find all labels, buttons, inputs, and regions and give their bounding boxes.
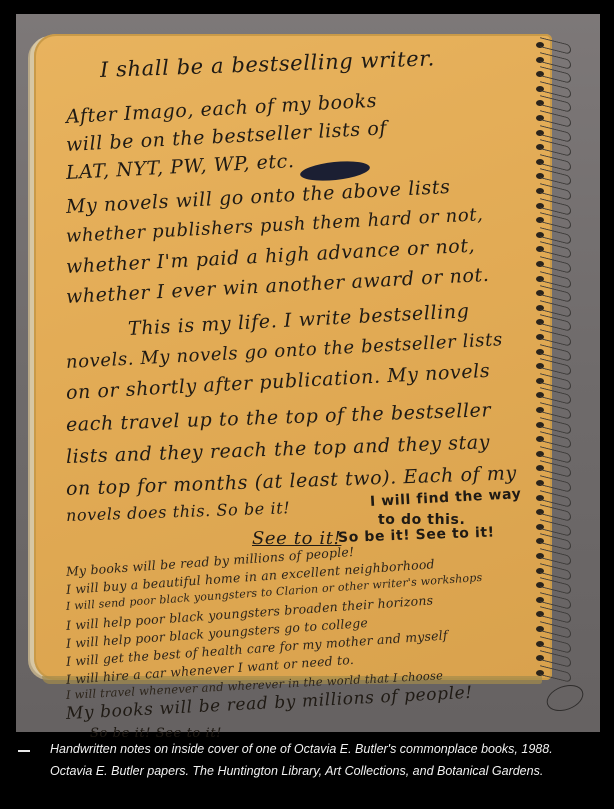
spiral-wire — [540, 183, 571, 201]
spiral-wire — [540, 329, 571, 347]
spiral-wire — [540, 665, 571, 683]
spiral-wire — [540, 110, 571, 128]
spiral-wire — [540, 256, 571, 274]
spiral-wire — [540, 37, 571, 55]
spiral-wire — [540, 475, 571, 493]
spiral-wire — [540, 621, 571, 639]
note-line: So be it! See to it! — [90, 726, 222, 741]
caption-line-1: Handwritten notes on inside cover of one… — [50, 742, 553, 756]
spiral-binding — [536, 36, 580, 696]
caption-dash — [18, 750, 30, 752]
spiral-wire — [540, 402, 571, 420]
caption-line-2: Octavia E. Butler papers. The Huntington… — [50, 764, 543, 778]
spiral-wire — [540, 548, 571, 566]
notebook-photo: I shall be a bestselling writer. After I… — [16, 14, 600, 732]
